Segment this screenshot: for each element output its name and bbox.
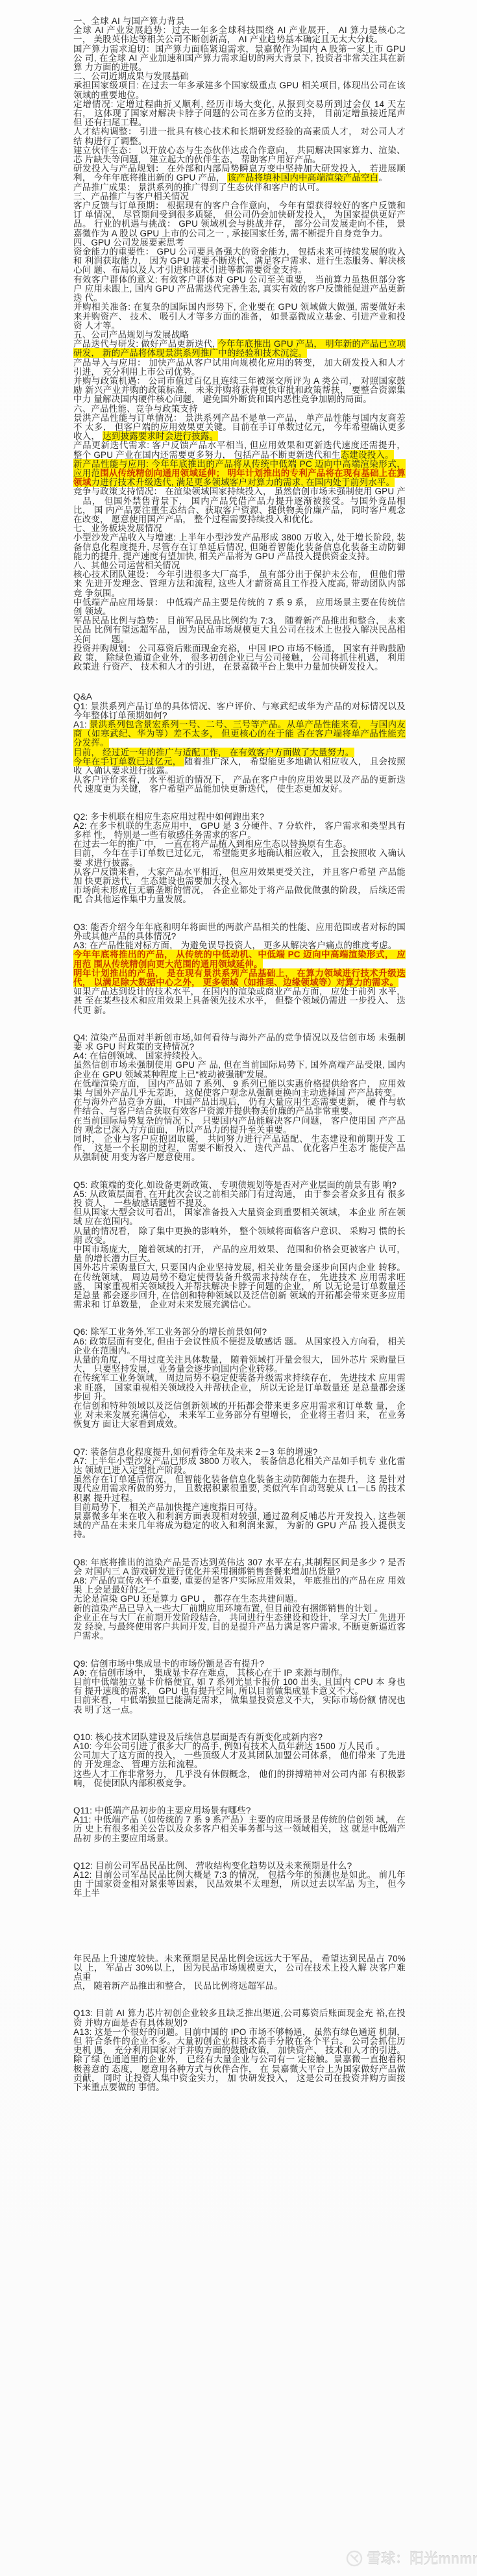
text-run: 目前中低端独立显卡价格便宜, 如 7 系列光显卡报价 100 出头, 且国内 C… [73, 1677, 406, 1696]
paragraph: 产品更新迭代需求: 客户反馈产品水平相当, 但应用效果和更新迭代速度还需提升， … [73, 441, 406, 459]
text-run: A4: 在信创领域、 国家持续投入。 [73, 1051, 208, 1061]
text-run: 小型沙发产品收入与增速: 上半年小型沙发产品形成 3800 万收入, 处于增长阶… [73, 533, 406, 561]
text-run: Q12: 目前公司军品民品比例、 营收结构变化趋势以及未来预期是什么? [73, 1861, 352, 1871]
text-run: 新的渲染产品已导入一些大厂前期应用环境布置, 但目前没有捆绑销售的计划 。 [73, 1604, 384, 1613]
red-highlighted-text: 今年年底将推出的产品， 从传统的中低动机、中低端 PC 迈向中高端渲染形式， 应… [73, 950, 406, 968]
text-run: 客户反馈与订单预期： 根据现有的客户合作意向， 今年有望获得较好的客户反馈和订 … [73, 201, 406, 238]
paragraph: 小型沙发产品收入与增速: 上半年小型沙发产品形成 3800 万收入, 处于增长阶… [73, 533, 406, 561]
blank-gap [73, 1163, 406, 1181]
qa-answer: 新的渲染产品已导入一些大厂前期应用环境布置, 但目前没有捆绑销售的计划 。 [73, 1604, 406, 1613]
qa-answer: 目前， 经过近一年的推广与适配工作， 在有效客户方面做了大量努力。 [73, 748, 406, 757]
text-run: 一、全球 AI 与国产算力背景 [73, 16, 185, 26]
text-run: A5: 从政策层面看, 在开此次会议之前相关部门有过沟通， 由于参会者众多且有 … [73, 1189, 406, 1208]
text-run: 点， 随着新产品推出和整合， 民品比例将远超军品。 [73, 1981, 283, 1991]
text-run: 并购相关准备: 在复杂的国际国内形势下, 企业要在 GPU 领域做大做强, 需要… [73, 302, 406, 330]
blank-gap [73, 1641, 406, 1660]
blank-gap [73, 1715, 406, 1733]
text-run: 人才结构调整： 引进一批具有核心技术和长期研发经验的高素质人才， 对公司人才结 … [73, 127, 406, 145]
paragraph: 产品推广成果： 景洪系列的推广得到了生态伙伴和客户的认可。 [73, 183, 406, 192]
qa-answer: A8: 产品的宣传水平不重要, 重要的是客户实际应用效果， 年底推出的产品在应 … [73, 1576, 406, 1595]
paragraph: 竞争与政策支持情况： 在渲染领域国家持续投入， 虽然信创市场未强制使用 GPU … [73, 487, 406, 524]
qa-question: Q9: 信创市场中集成显卡的市场份额是否有提升? [73, 1660, 406, 1669]
text-run: 核心技术团队建设： 今年引进很多大厂高手， 虽有部分出于保护未公布， 但他们带来… [73, 570, 406, 598]
text-run: 八、其他公司运营相关情况 [73, 561, 180, 570]
section-heading: 六、产品性能、竞争与政策支持 [73, 405, 406, 414]
paragraph: 军品民品比例与趋势： 目前军品民品比例约为 7:3， 随着新产品推出和整合， 未… [73, 616, 406, 644]
paragraph: 承担国家级项目: 在过去一年多承建多个国家级重点 GPU 相关项目, 体现出公司… [73, 81, 406, 99]
xueqiu-snowball-logo-icon [346, 2550, 363, 2567]
text-run: 目前， 今年在手订单数已过亿元， 希望能更多地确认相应收入， 且会按照收 入确认… [73, 848, 406, 867]
text-run: 从量的角度， 不用过度关注具体数量， 随着领域打开量会很大， 国外芯片 采购量巨… [73, 1355, 406, 1374]
text-run: 在低端渲染方面， 国内产品如 7 系列、 9 系列已能以实惠价格提供给客户， 应… [73, 1079, 406, 1098]
highlighted-text: 目前， 经过近一年的推广与适配工作， 在有效客户方面做了大量努力。 [73, 748, 354, 757]
qa-answer: 目前局势下， 相关产品加快提产速度指日可待。 [73, 1503, 406, 1512]
text-run: 虽然存在订单延后情况， 但智能化装备信息化装备主动防御能力在提升， 这 是针对现… [73, 1474, 406, 1502]
text-run: 公司加大了这方面的投入， 一些顶级人才及其团队加盟公司体系， 他们带来 了先进的… [73, 1750, 406, 1769]
text-run: A3: 在产品性能对标方面， 为避免误导投资人， 更多从解决客户痛点的维度考虑。 [73, 941, 397, 950]
qa-question: Q3: 能否介绍今年年底和明年将面世的两款产品相关的性能、应用范围或者对标的国 … [73, 923, 406, 941]
text-run: 企业正在与大厂在前期开发阶段结合， 共同进行生态建设和设计， 学习大厂 先进开发… [73, 1613, 406, 1641]
document-body: 一、全球 AI 与国产算力背景全球 AI 产业发展趋势：过去一年多全球科技围绕 … [73, 17, 406, 2092]
text-run: A2: 在多卡机联的生态应用中， GPU 是 3 分硬件、7 分软件， 客户需求… [73, 821, 406, 840]
text-run: 但从国家大型会议可看出， 国家准备投入大量资金到重要相关领域， 本企业 所在领域… [73, 1207, 406, 1226]
highlighted-text: 态建设投入。 [341, 450, 394, 460]
qa-question: Q8: 年底将推出的渲染产品是否达到英伟达 307 水平左右,其制程区间是多少 … [73, 1558, 406, 1576]
text-run: 中低端产品应用场景： 中低端产品主要是传统的 7 系 9 系， 应用场景主要在传… [73, 598, 406, 616]
text-run: A7: 上半年小型沙发产品已形成 3800 万收入， 装备信息化相关产品如手机专… [73, 1456, 406, 1475]
text-run: 投资并购规划： 公司募资后账面现金充裕， 中国 IPO 市场不畅通， 国家有并购… [73, 644, 406, 672]
text-run: 三、产品推广与客户相关情况 [73, 192, 189, 201]
text-run: 在与海外产品竞争方面， 中国产品出现后， 仍有大量应用生态需要更新， 硬 件与软… [73, 1097, 406, 1116]
qa-answer: 这些人才工作非常努力， 几乎没有休假概念， 他们的拼搏精神对公司内部 有积极影 … [73, 1770, 406, 1788]
text-run: 虽然信创市场未强制使用 GPU 产 品, 但在当前国际局势下, 国外高端产品受限… [73, 1060, 406, 1079]
paragraph: 资金能力的重要性： GPU 公司要具备强大的资金能力， 包括未来可持续发展的收入… [73, 247, 406, 275]
text-run: 六、产品性能、竞争与政策支持 [73, 404, 198, 414]
text-run: 同时， 企业与客户应抱团取暖， 共同努力进行产品适配、 生态建设和前期开发 工作… [73, 1134, 406, 1162]
text-run: 产品推广成果： 景洪系列的推广得到了生态伙伴和客户的认可。 [73, 183, 325, 192]
text-run: A11: 中低端产品（如传统的 7 系 9 系产品）主要的应用场景是传统的信创领… [73, 1815, 406, 1843]
text-run: 建立伙伴生态： 以开放心态与生态伙伴达成合作意向， 共同解决国家算力、渲染、芯 … [73, 145, 406, 164]
paragraph: 国产算力需求迫切：国产算力面临紧迫需求，景嘉微作为国内 A 股第一家上市 GPU… [73, 45, 406, 73]
text-run: 定增情况: 定增过程曲折又顺利, 经历市场大变化, 从报到交易所到过会仅 14 … [73, 99, 406, 127]
text-run: Q1: 景洪系列产品订单的具体情况、客户评价、与寒武纪或华为产品的对标情况以及 … [73, 701, 406, 720]
qa-answer: A10: 今年公司引进了很多大厂的高手, 例如有技术人员年薪达 1500 万人民… [73, 1742, 406, 1751]
highlighted-text: 达到披露要求时会进行披露。 [103, 431, 218, 441]
highlighted-text: 力进行技术升级迭代, 满足更多领域客户对算力的需求, 在国内处于前列水平。 [91, 477, 395, 487]
text-run: 产品迭代与研发: 做好产品更新迭代, [73, 339, 217, 349]
qa-answer: A12: 目前公司军品民品比例大概是 7:3 的情况， 包括今年的预测也是如此。… [73, 1871, 406, 1899]
text-run: Q9: 信创市场中集成显卡的市场份额是否有提升? [73, 1659, 264, 1669]
text-run: 。 [378, 173, 387, 183]
qa-answer: 企业正在与大厂在前期开发阶段结合， 共同进行生态建设和设计， 学习大厂 先进开发… [73, 1613, 406, 1641]
watermark: 雪球：阳光mnmn [346, 2548, 477, 2568]
blank-gap [73, 672, 406, 692]
text-run: Q4: 渲染产品面对半新创市场,如何看待与海外产品的竞争情况以及信创市场 未强制… [73, 1033, 406, 1052]
qa-answer: 在与海外产品竞争方面， 中国产品出现后， 仍有大量应用生态需要更新， 硬 件与软… [73, 1098, 406, 1116]
text-run: Q10: 核心技术团队建设及后续信息层面是否有新变化或新内容? [73, 1732, 323, 1742]
text-run: Q6: 除军工业务外,军工业务部分的增长前景如何? [73, 1327, 267, 1337]
qa-answer: 从量的角度， 不用过度关注具体数量， 随着领域打开量会很大， 国外芯片 采购量巨… [73, 1356, 406, 1374]
text-run: 产品导入与应用： 加快产品从客户试用向规模化应用的转变， 加大研发投入和人才引进… [73, 358, 406, 377]
qa-answer: 从客户评价来看， 水平相近的情况下， 产品在客户中的应用效果以及产品的更新迭代 … [73, 776, 406, 794]
text-run: A10: 今年公司引进了很多大厂的高手, 例如有技术人员年薪达 1500 万人民… [73, 1741, 385, 1751]
qa-answer: 目前， 今年在手订单数已过亿元， 希望能更多地确认相应收入， 且会按照收 入确认… [73, 849, 406, 867]
text-run: A1: [73, 720, 90, 729]
blank-gap [73, 905, 406, 923]
text-run: A12: 目前公司军品民品比例大概是 7:3 的情况， 包括今年的预测也是如此。… [73, 1870, 406, 1898]
paragraph: 建立伙伴生态： 以开放心态与生态伙伴达成合作意向， 共同解决国家算力、渲染、芯 … [73, 146, 406, 164]
paragraph: 并购与政策机遇： 公司市值过百亿且连续三年被深交所评为 A 类公司， 对照国家鼓… [73, 377, 406, 405]
qa-answer: 在低端渲染方面， 国内产品如 7 系列、 9 系列已能以实惠价格提供给客户， 应… [73, 1080, 406, 1098]
paragraph: 新产品性能与应用: 今年年底推出的产品将从传统中低端 PC 迈向中高端渲染形式，… [73, 460, 406, 488]
text-run: Q8: 年底将推出的渲染产品是否达到英伟达 307 水平左右,其制程区间是多少 … [73, 1558, 406, 1576]
text-run: Q5: 政策端的变化,如设备更新政策、 专项债规划等是否对产业层面的前景有影 响… [73, 1180, 397, 1190]
paragraph: 核心技术团队建设： 今年引进很多大厂高手， 虽有部分出于保护未公布， 但他们带来… [73, 570, 406, 598]
qa-answer: A5: 从政策层面看, 在开此次会议之前相关部门有过沟通， 由于参会者众多且有 … [73, 1190, 406, 1208]
qa-question: Q10: 核心技术团队建设及后续信息层面是否有新变化或新内容? [73, 1733, 406, 1742]
qa-question: Q2: 多卡机联在相应生态应用过程中如何跑出来? [73, 813, 406, 822]
text-run: 全球 AI 产业发展趋势：过去一年多全球科技围绕 AI 产业展开， AI 算力是… [73, 25, 406, 44]
section-heading: 五、公司产品规划与发展战略 [73, 331, 406, 340]
qa-answer: 虽然信创市场未强制使用 GPU 产 品, 但在当前国际局势下, 国外高端产品受限… [73, 1061, 406, 1079]
qa-answer: 在当前国际局势复杂的情况下， 只要国内产品能解决客户问题， 客户使用国 产产品的… [73, 1117, 406, 1135]
text-run: 资金能力的重要性： GPU 公司要具备强大的资金能力， 包括未来可持续发展的收入… [73, 247, 406, 275]
qa-question: Q12: 目前公司军品民品比例、 营收结构变化趋势以及未来预期是什么? [73, 1862, 406, 1871]
qa-answer: 明年计划推出的产品， 是在现有景洪系列产品基础上， 在算力领域进行技术升级迭 代… [73, 969, 406, 987]
text-run: 从客户评价来看， 水平相近的情况下， 产品在客户中的应用效果以及产品的更新迭代 … [73, 775, 406, 794]
blank-gap [73, 1309, 406, 1328]
text-run: 有效客户群体的意义: 有效客户群体对 GPU 公司至关重要， 当前算力虽热但部分… [73, 275, 406, 303]
paragraph: 景洪产品性能与订单情况： 景洪系列产品不是单一产品， 单产品性能与国内友商差不 … [73, 414, 406, 442]
paragraph: 人才结构调整： 引进一批具有核心技术和长期研发经验的高素质人才， 对公司人才结 … [73, 127, 406, 145]
text-run: 军品民品比例与趋势： 目前军品民品比例约为 7:3， 随着新产品推出和整合， 未… [73, 616, 406, 644]
qa-question: Q6: 除军工业务外,军工业务部分的增长前景如何? [73, 1328, 406, 1337]
text-run: 如果产品达到设计的技术水平， 在国内的渲染或商业产品方面， 应处于前列 水平， … [73, 987, 406, 1015]
text-run: 无论是渲染 GPU 还是算力 GPU ， 都存在生态共建问题。 [73, 1594, 302, 1604]
text-run: 七、业务板块发展情况 [73, 524, 162, 533]
qa-answer: 目前中低端独立显卡价格便宜, 如 7 系列光显卡报价 100 出头, 且国内 C… [73, 1678, 406, 1696]
qa-question: Q4: 渲染产品面对半新创市场,如何看待与海外产品的竞争情况以及信创市场 未强制… [73, 1033, 406, 1052]
qa-answer: 市场尚未形成巨无霸垄断的情况， 各企业都处于将产品做优做强的阶段， 后续还需配 … [73, 886, 406, 904]
qa-answer: A11: 中低端产品（如传统的 7 系 9 系产品）主要的应用场景是传统的信创领… [73, 1815, 406, 1843]
qa-question: Q5: 政策端的变化,如设备更新政策、 专项债规划等是否对产业层面的前景有影 响… [73, 1181, 406, 1190]
text-run: 市场尚未形成巨无霸垄断的情况， 各企业都处于将产品做优做强的阶段， 后续还需配 … [73, 885, 406, 904]
qa-question: Q11: 中低端产品初步的主要应用场景有哪些? [73, 1806, 406, 1815]
qa-answer: 从量的情况看， 除了集中更换的影响外， 整个领域将面临客户意识、 采购习 惯的长… [73, 1227, 406, 1245]
blank-gap [73, 794, 406, 813]
qa-answer: A6: 政策层面有变化, 但由于会议性质不便提及敏感话 题。 从国家投入方向看，… [73, 1337, 406, 1356]
qa-answer: 如果产品达到设计的技术水平， 在国内的渲染或商业产品方面， 应处于前列 水平， … [73, 987, 406, 1015]
qa-answer: 今年年底将推出的产品， 从传统的中低动机、中低端 PC 迈向中高端渲染形式， 应… [73, 950, 406, 968]
text-run: 这些人才工作非常努力， 几乎没有休假概念， 他们的拼搏精神对公司内部 有积极影 … [73, 1769, 406, 1788]
qa-answer: A13: 这是一个很好的问题。目前中国的 IPO 市场不够畅通， 虽然有绿色通道… [73, 2028, 406, 2092]
paragraph: 有效客户群体的意义: 有效客户群体对 GPU 公司至关重要， 当前算力虽热但部分… [73, 275, 406, 303]
text-run: 年民品上升速度较快。未来预期是民品比例会远远大于军品， 希望达到民品占 70%以… [73, 1954, 406, 1982]
qa-answer: A9: 在信创市场中， 集成显卡存在难点， 其核心在于 IP 来源与制作。 [73, 1669, 406, 1678]
qa-answer: A1: 景洪系列包含景宏系列一号、二号、三号等产品。从单产品性能来看， 与国内友… [73, 720, 406, 748]
paragraph: 定增情况: 定增过程曲折又顺利, 经历市场大变化, 从报到交易所到过会仅 14 … [73, 100, 406, 128]
qa-question: Q1: 景洪系列产品订单的具体情况、客户评价、与寒武纪或华为产品的对标情况以及 … [73, 702, 406, 720]
red-highlighted-text: 明年计划推出的产品， 是在现有景洪系列产品基础上， 在算力领域进行技术升级迭 代… [73, 968, 406, 987]
qa-answer: A7: 上半年小型沙发产品已形成 3800 万收入， 装备信息化相关产品如手机专… [73, 1457, 406, 1475]
qa-question: Q7: 装备信息化程度提升,如何看待全年及未来 2－3 年的增速? [73, 1448, 406, 1457]
highlighted-text: 今年在手订单数已过亿元， [73, 757, 184, 766]
text-run: A9: 在信创市场中， 集成显卡存在难点， 其核心在于 IP 来源与制作。 [73, 1668, 348, 1678]
blank-gap [73, 1015, 406, 1033]
section-heading: 四、GPU 公司发展要素思考 [73, 238, 406, 247]
text-run: 国产算力需求迫切：国产算力面临紧迫需求，景嘉微作为国内 A 股第一家上市 GPU… [73, 44, 406, 72]
highlighted-text: 景洪系列包含景宏系列一号、二号、三号等产品。从单产品性能来看， 与国内友商（如寒… [73, 720, 406, 748]
text-run: Q3: 能否介绍今年年底和明年将面世的两款产品相关的性能、应用范围或者对标的国 … [73, 922, 406, 941]
qa-answer: 年民品上升速度较快。未来预期是民品比例会远远大于军品， 希望达到民品占 70%以… [73, 1954, 406, 1982]
text-run: 二、公司近期成果与发展基础 [73, 71, 189, 81]
blank-gap [73, 1788, 406, 1806]
text-run: 目前来看， 中低端独显已能满足需求， 做集显投资意义不大， 实际市场份额 情况也… [73, 1695, 406, 1714]
qa-answer: A2: 在多卡机联的生态应用中， GPU 是 3 分硬件、7 分软件， 客户需求… [73, 822, 406, 840]
text-run: 目前局势下， 相关产品加快提产速度指日可待。 [73, 1502, 263, 1512]
paragraph: 研发投入与产品规划： 在外部和内部局势瞬息万变中坚持加大研发投入， 若进展顺 利… [73, 164, 406, 183]
qa-answer: 同时， 企业与客户应抱团取暖， 共同努力进行产品适配、 生态建设和前期开发 工作… [73, 1135, 406, 1163]
qa-answer: 但从国家大型会议可看出， 国家准备投入大量资金到重要相关领域， 本企业 所在领域… [73, 1208, 406, 1226]
text-run: 在传统军工业务领域， 周边局势不稳定使装备升级需求持续存在， 先进技术 应用需求… [73, 1373, 406, 1401]
blank-gap [73, 1540, 406, 1558]
blank-gap [73, 1430, 406, 1448]
text-run: A8: 产品的宣传水平不重要, 重要的是客户实际应用效果， 年底推出的产品在应 … [73, 1576, 406, 1595]
text-run: Q7: 装备信息化程度提升,如何看待全年及未来 2－3 年的增速? [73, 1447, 317, 1457]
qa-answer: 无论是渲染 GPU 还是算力 GPU ， 都存在生态共建问题。 [73, 1595, 406, 1604]
qa-answer: 虽然存在订单延后情况， 但智能化装备信息化装备主动防御能力在提升， 这 是针对现… [73, 1475, 406, 1503]
qa-answer: 国外芯片采购量巨大, 只要国内企业坚持发展, 相关业务量会逐步向国内企业 转移。… [73, 1263, 406, 1309]
text-run: Q13: 目前 AI 算力芯片初创企业较多且缺乏推出渠道,公司募资后账面现金充 … [73, 2008, 406, 2027]
qa-answer: 在信创和特种领域以及泛信创新领域的开拓都会带来更多应用需求和订单数 量， 企业 … [73, 1402, 406, 1430]
text-run: 从量的情况看， 除了集中更换的影响外， 整个领域将面临客户意识、 采购习 惯的长… [73, 1226, 406, 1245]
qa-question: Q13: 目前 AI 算力芯片初创企业较多且缺乏推出渠道,公司募资后账面现金充 … [73, 2009, 406, 2027]
text-run: 并购与政策机遇： 公司市值过百亿且连续三年被深交所评为 A 类公司， 对照国家鼓… [73, 376, 406, 404]
text-run: Q11: 中低端产品初步的主要应用场景有哪些? [73, 1806, 251, 1815]
text-run: Q2: 多卡机联在相应生态应用过程中如何跑出来? [73, 812, 264, 822]
qa-answer: 从客户反馈来看， 大家产品水平相近， 但应用效果更受关注， 并且客户希望 产品能… [73, 868, 406, 886]
text-run: 在信创和特种领域以及泛信创新领域的开拓都会带来更多应用需求和订单数 量， 企业 … [73, 1401, 406, 1429]
qa-answer: 在传统军工业务领域， 周边局势不稳定使装备升级需求持续存在， 先进技术 应用需求… [73, 1374, 406, 1402]
qa-answer: 景嘉微多年来在收入和利润方面表现相对较强, 通过盈利反哺芯片开发投入, 这些领 … [73, 1512, 406, 1540]
text-run: Q&A [73, 692, 92, 701]
text-run: 承担国家级项目: 在过去一年多承建多个国家级重点 GPU 相关项目, 体现出公司… [73, 81, 406, 99]
blank-gap [73, 1843, 406, 1862]
text-run: A6: 政策层面有变化, 但由于会议性质不便提及敏感话 题。 从国家投入方向看，… [73, 1337, 406, 1356]
text-run: 从客户反馈来看， 大家产品水平相近， 但应用效果更受关注， 并且客户希望 产品能… [73, 867, 406, 886]
paragraph: 中低端产品应用场景： 中低端产品主要是传统的 7 系 9 系， 应用场景主要在传… [73, 598, 406, 616]
qa-answer: 今年在手订单数已过亿元， 随着推广深入， 希望能更多地确认相应收入， 且会按照收… [73, 757, 406, 776]
paragraph: 产品迭代与研发: 做好产品更新迭代, 今年年底推出 GPU 产品， 明年新的产品… [73, 340, 406, 358]
paragraph: 并购相关准备: 在复杂的国际国内形势下, 企业要在 GPU 领域做大做强, 需要… [73, 303, 406, 331]
paragraph: 客户反馈与订单预期： 根据现有的客户合作意向， 今年有望获得较好的客户反馈和订 … [73, 201, 406, 238]
text-run: 四、GPU 公司发展要素思考 [73, 238, 184, 247]
section-heading: Q&A [73, 692, 406, 701]
document-page: 一、全球 AI 与国产算力背景全球 AI 产业发展趋势：过去一年多全球科技围绕 … [0, 0, 477, 2576]
text-run: 中国市场庞大， 随着领域的打开， 产品的应用效果、 范围和价格会更被客户 认可，… [73, 1244, 406, 1263]
blank-gap [73, 1899, 406, 1954]
qa-answer: 中国市场庞大， 随着领域的打开， 产品的应用效果、 范围和价格会更被客户 认可，… [73, 1245, 406, 1263]
text-run: 国外芯片采购量巨大, 只要国内企业坚持发展, 相关业务量会逐步向国内企业 转移。… [73, 1263, 406, 1309]
qa-answer: 目前来看， 中低端独显已能满足需求， 做集显投资意义不大， 实际市场份额 情况也… [73, 1696, 406, 1714]
section-heading: 三、产品推广与客户相关情况 [73, 192, 406, 201]
text-run: 五、公司产品规划与发展战略 [73, 330, 189, 340]
text-run: A13: 这是一个很好的问题。目前中国的 IPO 市场不够畅通， 虽然有绿色通道… [73, 2027, 406, 2092]
watermark-label: 雪球：阳光mnmn [367, 2548, 477, 2568]
qa-answer: 公司加大了这方面的投入， 一些顶级人才及其团队加盟公司体系， 他们带来 了先进的… [73, 1751, 406, 1769]
text-run: 在当前国际局势复杂的情况下， 只要国内产品能解决客户问题， 客户使用国 产产品的… [73, 1116, 406, 1135]
paragraph: 投资并购规划： 公司募资后账面现金充裕， 中国 IPO 市场不畅通， 国家有并购… [73, 644, 406, 672]
highlighted-text: 该产品将填补国内中高端渲染产品空白 [227, 173, 378, 183]
text-run: 景嘉微多年来在收入和利润方面表现相对较强, 通过盈利反哺芯片开发投入, 这些领 … [73, 1511, 406, 1539]
blank-gap [73, 1991, 406, 2009]
text-run: 竞争与政策支持情况： 在渲染领域国家持续投入， 虽然信创市场未强制使用 GPU … [73, 486, 406, 524]
qa-answer: 点， 随着新产品推出和整合， 民品比例将远超军品。 [73, 1982, 406, 1991]
paragraph: 产品导入与应用： 加快产品从客户试用向规模化应用的转变， 加大研发投入和人才引进… [73, 359, 406, 377]
paragraph: 全球 AI 产业发展趋势：过去一年多全球科技围绕 AI 产业展开， AI 算力是… [73, 26, 406, 44]
